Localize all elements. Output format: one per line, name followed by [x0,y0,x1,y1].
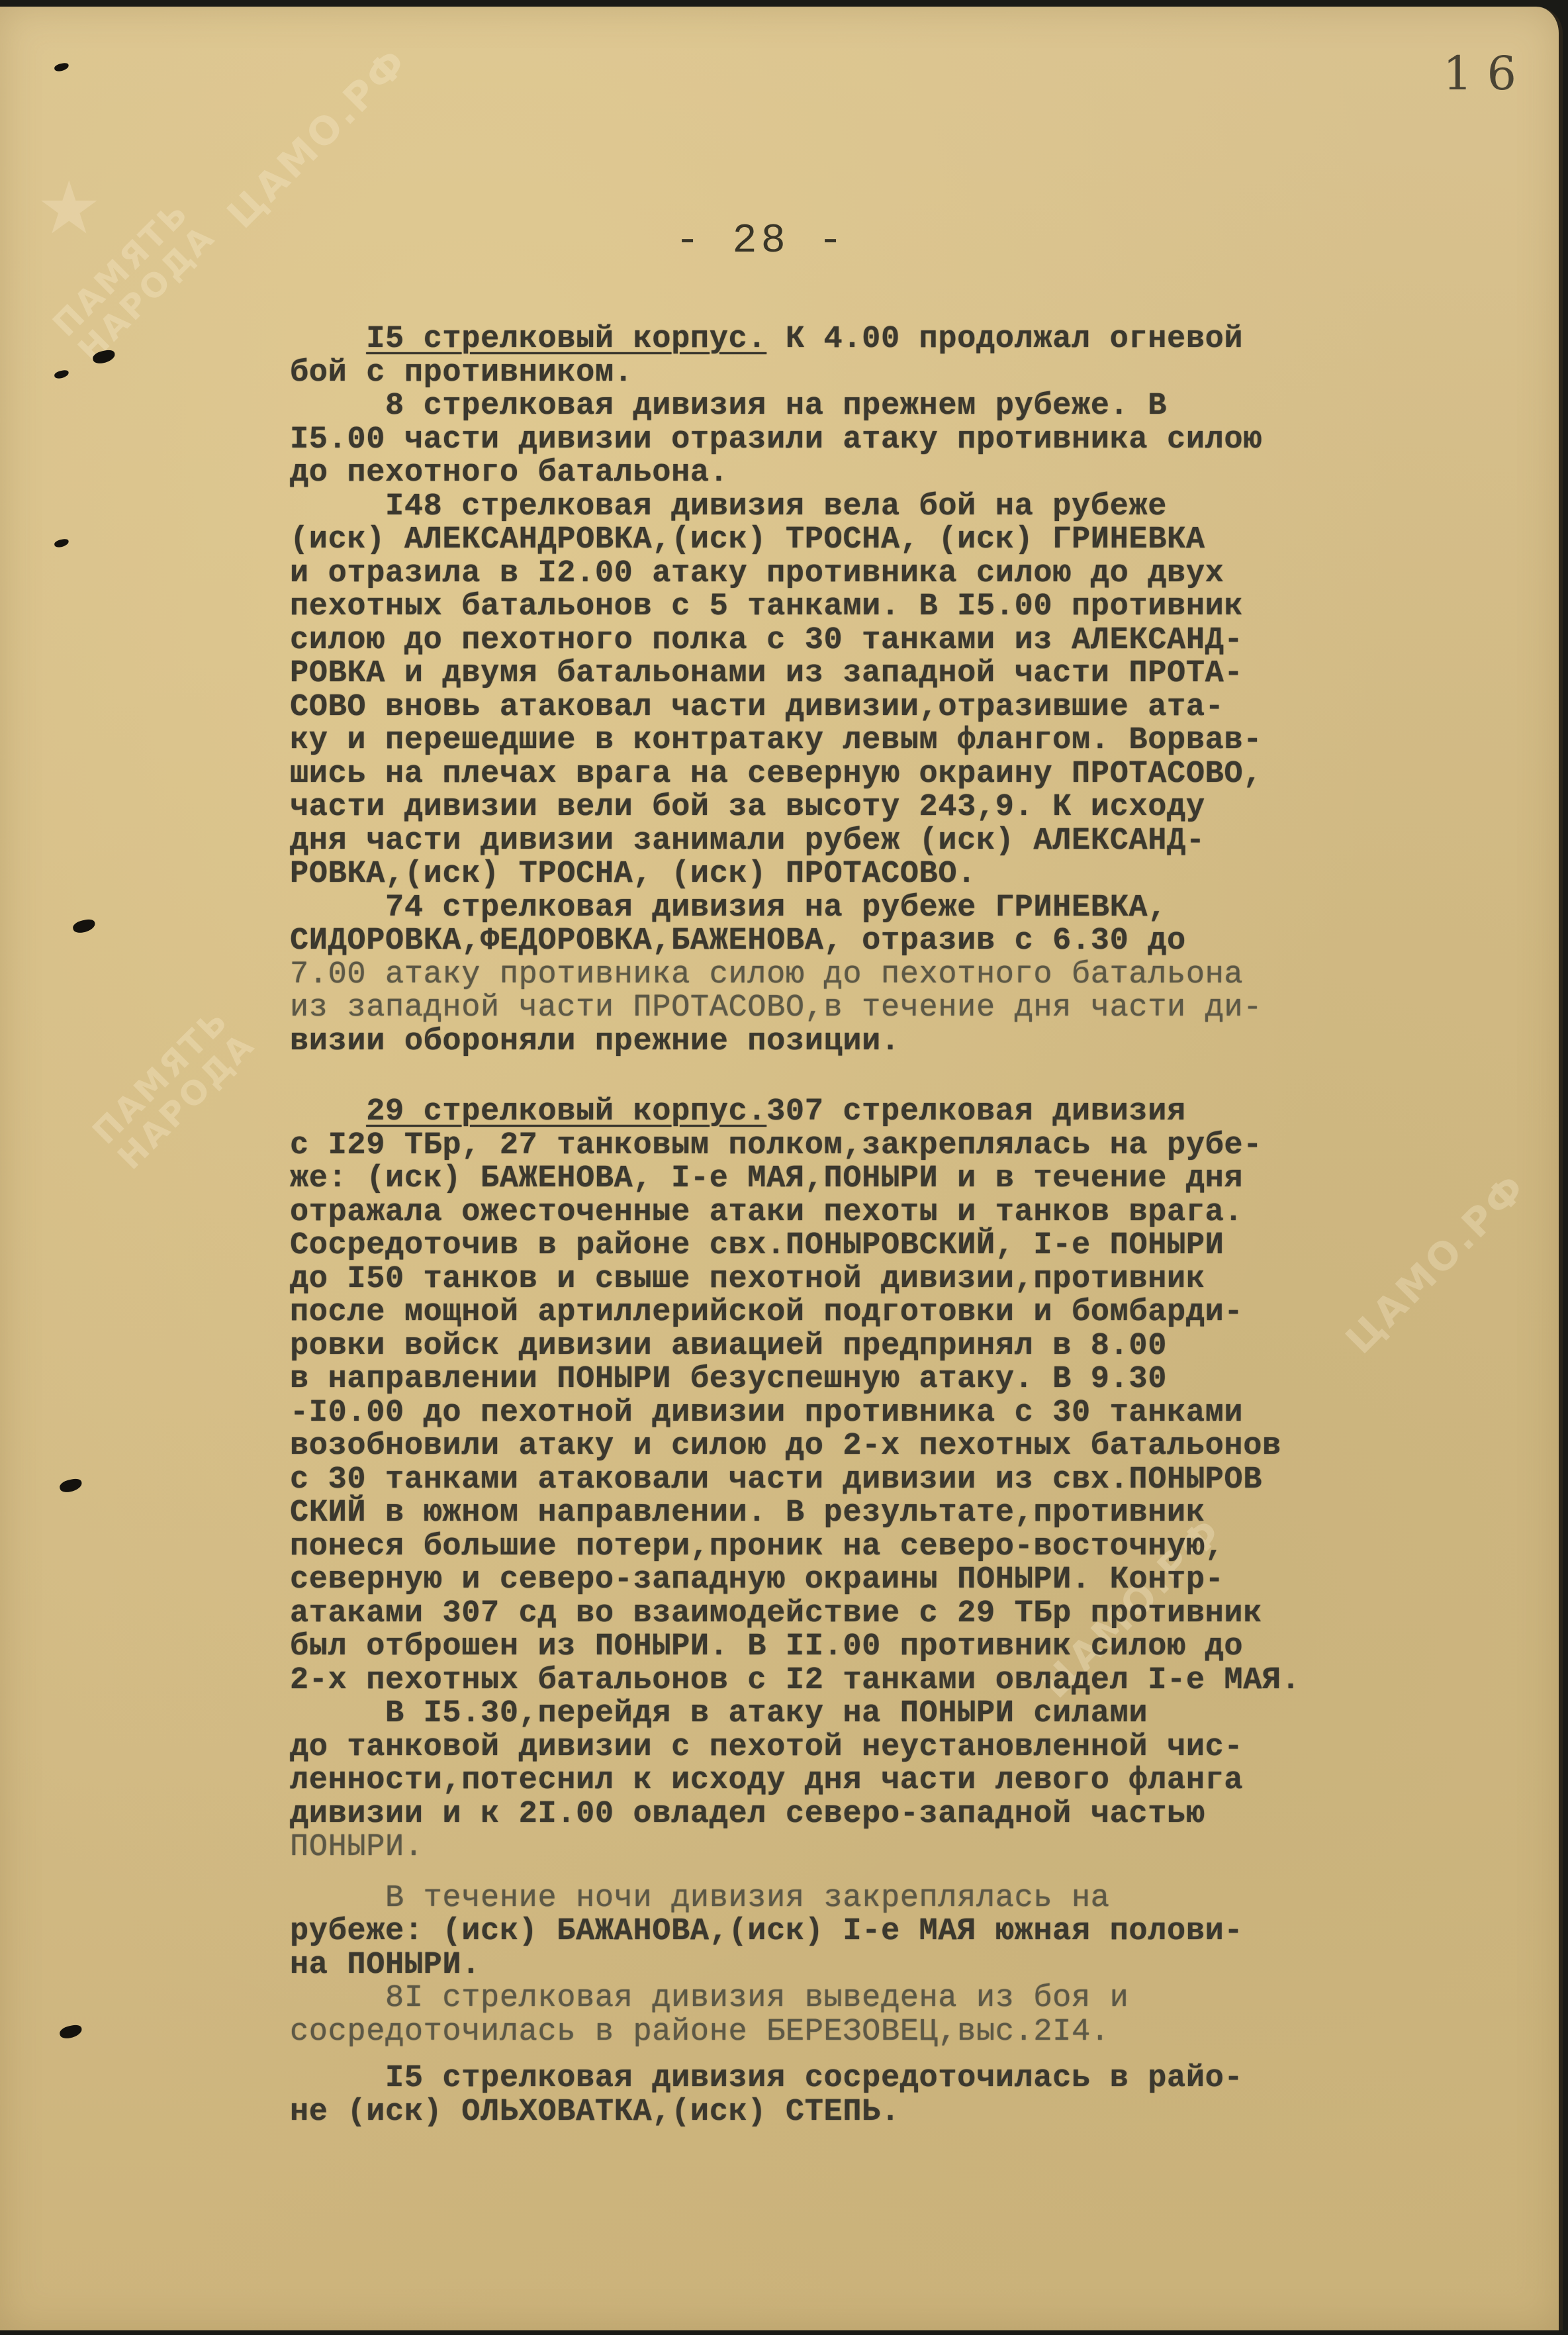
text-line: (иск) АЛЕКСАНДРОВКА,(иск) ТРОСНА, (иск) … [290,524,1468,557]
text-line: СОВО вновь атаковал части дивизии,отрази… [290,691,1468,725]
text-line: с 30 танками атаковали части дивизии из … [290,1464,1468,1498]
text-line: РОВКА и двумя батальонами из западной ча… [290,657,1468,691]
text-line: визии обороняли прежние позиции. [290,1025,1468,1059]
text-line: -I0.00 до пехотной дивизии противника с … [290,1397,1468,1431]
text-line: В I5.30,перейдя в атаку на ПОНЫРИ силами [290,1697,1468,1731]
text-line: рубеже: (иск) БАЖАНОВА,(иск) I-е МАЯ южн… [290,1915,1468,1949]
document-page: ЦАМО.РФ ЦАМО.РФ ЦАМО.РФ ПАМЯТЬ НАРОДА ПА… [0,7,1563,2330]
binding-hole-mark [59,2024,83,2040]
text-line: пехотных батальонов с 5 танками. В I5.00… [290,591,1468,624]
text-line: на ПОНЫРИ. [290,1949,1468,1983]
page-number: - 28 - [675,217,847,264]
text-line: до I50 танков и свыше пехотной дивизии,п… [290,1263,1468,1297]
text-line: СКИЙ в южном направлении. В результате,п… [290,1497,1468,1531]
text-line: дивизии и к 2I.00 овладел северо-западно… [290,1798,1468,1832]
text-line: бой с противником. [290,357,1468,391]
text-line: ровки войск дивизии авиацией предпринял … [290,1330,1468,1364]
binding-hole-mark [54,369,69,379]
text-line: из западной части ПРОТАСОВО,в течение дн… [290,992,1468,1025]
section-heading-line: I5 стрелковый корпус. К 4.00 продолжал о… [290,323,1468,357]
watermark-tsamo: ЦАМО.РФ [218,38,417,237]
text-line: 8 стрелковая дивизия на прежнем рубеже. … [290,390,1468,424]
text-line: I48 стрелковая дивизия вела бой на рубеж… [290,491,1468,524]
text-line: с I29 ТБр, 27 танковым полком,закрепляла… [290,1129,1468,1163]
text-line: до танковой дивизии с пехотой неустановл… [290,1731,1468,1765]
text-line: 8I стрелковая дивизия выведена из боя и [290,1982,1468,2016]
text-line: силою до пехотного полка с 30 танками из… [290,624,1468,658]
text-line: ку и перешедшие в контратаку левым фланг… [290,724,1468,758]
text-line: после мощной артиллерийской подготовки и… [290,1296,1468,1330]
star-icon: ★ [36,166,102,251]
text-line: возобновили атаку и силою до 2-х пехотны… [290,1430,1468,1464]
text-line: же: (иск) БАЖЕНОВА, I-е МАЯ,ПОНЫРИ и в т… [290,1163,1468,1196]
text-line: не (иск) ОЛЬХОВАТКА,(иск) СТЕПЬ. [290,2096,1468,2130]
text-line: В течение ночи дивизия закреплялась на [290,1882,1468,1916]
text-line: ленности,потеснил к исходу дня части лев… [290,1764,1468,1798]
text-line: 74 стрелковая дивизия на рубеже ГРИНЕВКА… [290,892,1468,926]
binding-hole-mark [59,1478,83,1494]
section-heading-15-corps: I5 стрелковый корпус. [366,322,766,357]
text-line: северную и северо-западную окраины ПОНЫР… [290,1564,1468,1597]
paragraph-gap [290,1059,1468,1096]
binding-hole-mark [54,62,69,72]
text-line: в направлении ПОНЫРИ безуспешную атаку. … [290,1363,1468,1397]
text-line: атаками 307 сд во взаимодействие с 29 ТБ… [290,1597,1468,1631]
text-line: отражала ожесточенные атаки пехоты и тан… [290,1196,1468,1230]
text-line: I5.00 части дивизии отразили атаку проти… [290,424,1468,457]
document-body: I5 стрелковый корпус. К 4.00 продолжал о… [290,323,1468,2129]
text-line: сосредоточилась в районе БЕРЕЗОВЕЦ,выс.2… [290,2016,1468,2050]
text-line: до пехотного батальона. [290,457,1468,491]
text-line: дня части дивизии занимали рубеж (иск) А… [290,825,1468,859]
text-line: 2-х пехотных батальонов с I2 танками овл… [290,1664,1468,1698]
text-line: был отброшен из ПОНЫРИ. В II.00 противни… [290,1631,1468,1664]
archive-sheet-number: 16 [1443,46,1531,101]
binding-hole-mark [54,538,69,548]
text-line: I5 стрелковая дивизия сосредоточилась в … [290,2062,1468,2096]
section-heading-29-corps: 29 стрелковый корпус. [366,1094,766,1129]
text-line: 7.00 атаку противника силою до пехотного… [290,959,1468,992]
binding-hole-mark [72,918,97,935]
watermark-brand: ПАМЯТЬ НАРОДА [86,1000,261,1176]
section-heading-line: 29 стрелковый корпус.307 стрелковая диви… [290,1096,1468,1129]
text-line: Сосредоточив в районе свх.ПОНЫРОВСКИЙ, I… [290,1229,1468,1263]
paragraph-gap [290,2049,1468,2062]
text-line: шись на плечах врага на северную окраину… [290,758,1468,792]
text-line: ПОНЫРИ. [290,1831,1468,1865]
text-line: РОВКА,(иск) ТРОСНА, (иск) ПРОТАСОВО. [290,858,1468,892]
text-line: СИДОРОВКА,ФЕДОРОВКА,БАЖЕНОВА, отразив с … [290,925,1468,959]
text-line: понеся большие потери,проник на северо-в… [290,1531,1468,1564]
paragraph-gap [290,1865,1468,1882]
text-line: части дивизии вели бой за высоту 243,9. … [290,791,1468,825]
text-line: и отразила в I2.00 атаку противника сило… [290,557,1468,591]
